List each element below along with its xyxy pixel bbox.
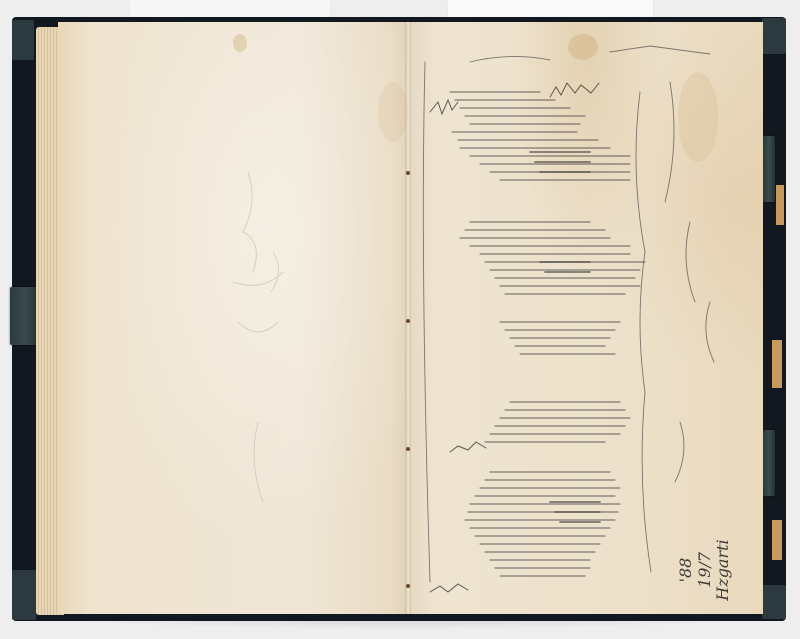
cover-corner-bottom-right <box>762 585 786 619</box>
ghost-offset-marks <box>58 22 408 614</box>
cover-corner-top-left <box>12 20 34 60</box>
clasp-strap-right-upper <box>763 136 775 202</box>
inscription-signature: Hzgarti <box>714 539 732 600</box>
clasp-strap-right-lower <box>763 430 775 496</box>
torn-cover-edge <box>772 340 782 388</box>
cover-corner-bottom-left <box>12 570 36 620</box>
torn-cover-edge <box>776 185 784 225</box>
torn-cover-edge <box>772 520 782 560</box>
handwritten-inscription: '88 19/7 Hzgarti <box>665 525 745 615</box>
inscription-date-day: 19/7 <box>696 552 714 588</box>
cover-corner-top-right <box>762 18 786 54</box>
clasp-strap-left <box>10 287 38 345</box>
left-page <box>58 22 408 614</box>
inscription-date-year: '88 <box>677 558 695 583</box>
